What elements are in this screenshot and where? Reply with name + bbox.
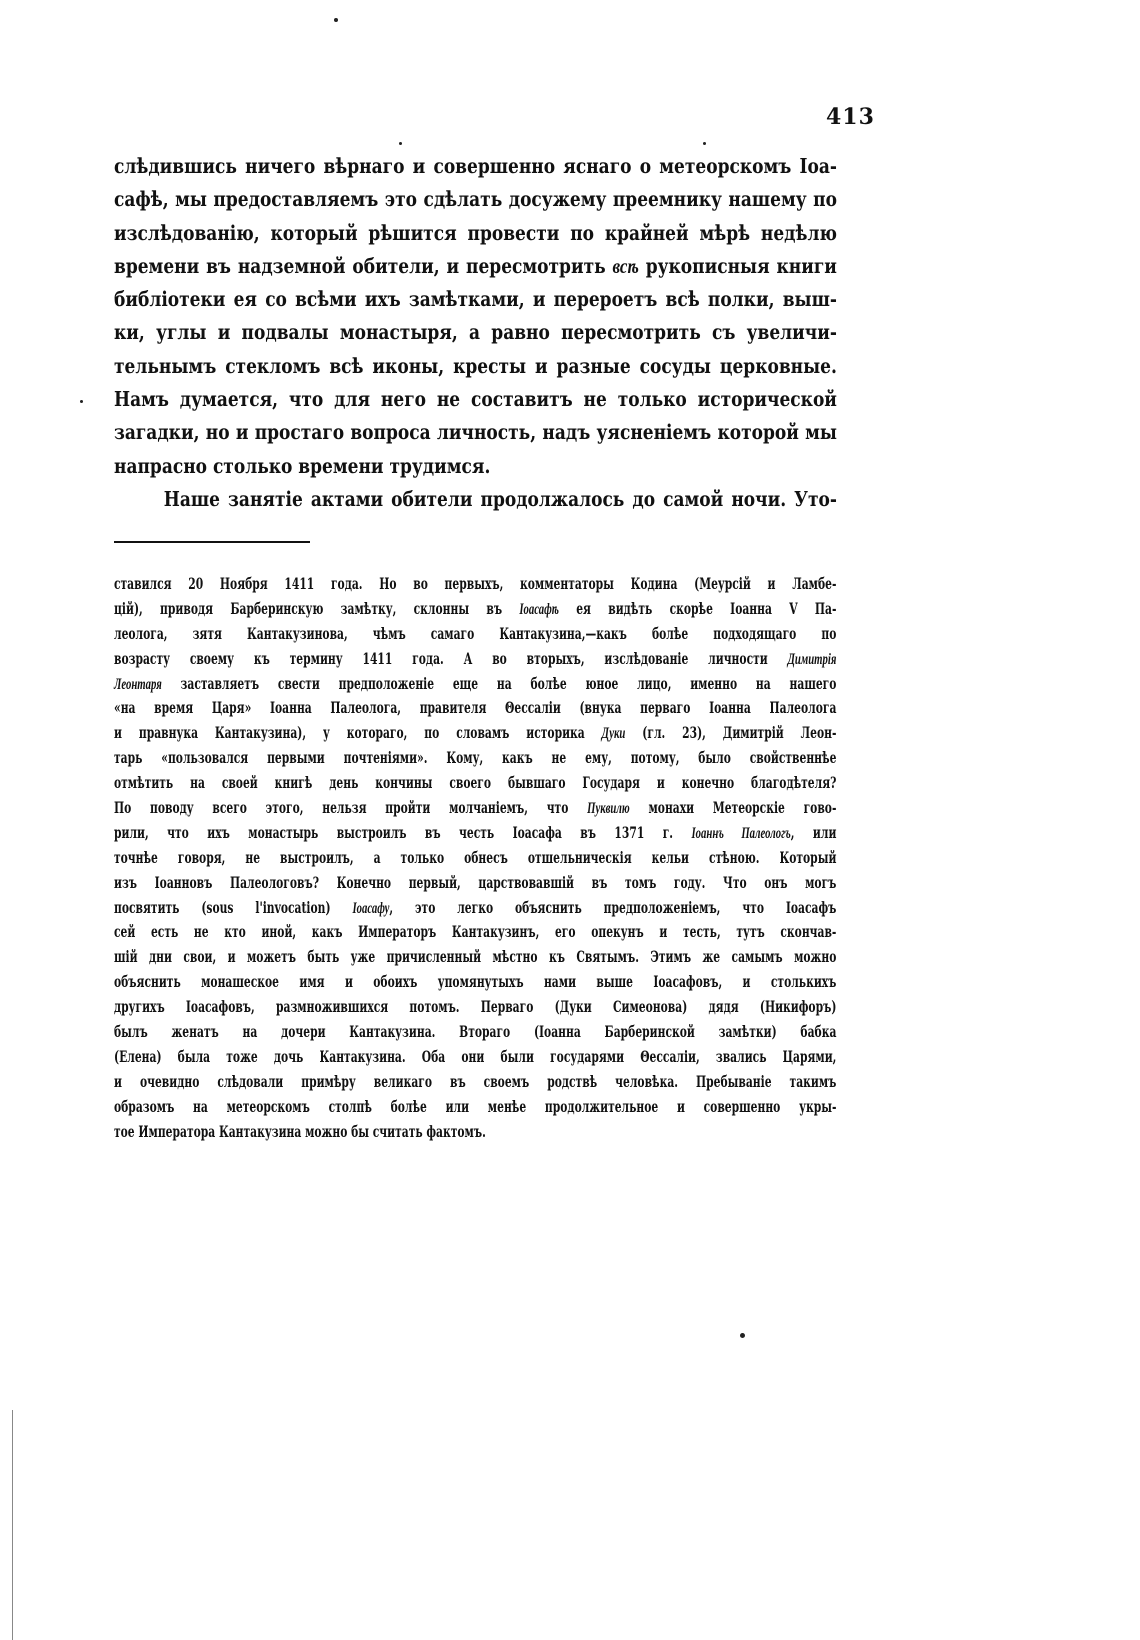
italic-name: Іоаннъ Палеологъ bbox=[691, 825, 790, 842]
text-segment: посвятить (sous l'invocation) bbox=[114, 898, 352, 917]
text-line: слѣдившись ничего вѣрнаго и совершенно я… bbox=[114, 150, 837, 183]
footnote-line: изъ Іоанновъ Палеологовъ? Конечно первый… bbox=[114, 871, 836, 896]
text-line: времени въ надземной обители, и пересмот… bbox=[114, 250, 837, 283]
main-body-text: слѣдившись ничего вѣрнаго и совершенно я… bbox=[114, 150, 837, 516]
footnote-line: «на время Царя» Іоанна Палеолога, правит… bbox=[114, 696, 836, 721]
italic-name: Іоасафу bbox=[352, 900, 389, 917]
scan-speck bbox=[334, 18, 338, 22]
paragraph-start-line: Наше занятіе актами обители продолжалось… bbox=[114, 483, 837, 516]
text-segment: и правнука Кантакузина), у котораго, по … bbox=[114, 723, 602, 742]
text-line: Намъ думается, что для него не составитъ… bbox=[114, 383, 837, 416]
footnote-line: По поводу всего этого, нельзя пройти мол… bbox=[114, 796, 836, 821]
text-segment: ея видѣть скорѣе Іоанна V Па- bbox=[559, 599, 836, 618]
italic-name: Пуквилю bbox=[587, 800, 630, 817]
text-line: библіотеки ея со всѣми ихъ замѣтками, и … bbox=[114, 283, 837, 316]
text-segment: монахи Метеорскіе гово- bbox=[630, 798, 837, 817]
footnote-line: шій дни свои, и можетъ быть уже причисле… bbox=[114, 945, 836, 970]
text-segment: , или bbox=[791, 823, 837, 842]
scan-speck bbox=[80, 400, 83, 403]
text-line: загадки, но и простаго вопроса личность,… bbox=[114, 416, 837, 449]
italic-name: Іоасафѣ bbox=[519, 601, 559, 618]
footnote-line: цій), приводя Барберинскую замѣтку, скло… bbox=[114, 597, 836, 622]
scan-speck bbox=[703, 142, 706, 145]
text-segment: По поводу всего этого, нельзя пройти мол… bbox=[114, 798, 587, 817]
footnote-line: (Елена) была тоже дочь Кантакузина. Оба … bbox=[114, 1045, 836, 1070]
footnote-line: сей есть не кто иной, какъ Императоръ Ка… bbox=[114, 920, 836, 945]
text-segment: цій), приводя Барберинскую замѣтку, скло… bbox=[114, 599, 519, 618]
footnote-line: Леонтаря заставляетъ свести предположені… bbox=[114, 672, 836, 697]
footnote-line: былъ женатъ на дочери Кантакузина. Втора… bbox=[114, 1020, 836, 1045]
text-segment: времени въ надземной обители, и пересмот… bbox=[114, 254, 613, 278]
footnote-line: другихъ Іоасафовъ, размножившихся потомъ… bbox=[114, 995, 836, 1020]
footnote-divider bbox=[114, 541, 310, 543]
italic-emphasis: всѣ bbox=[613, 256, 639, 278]
italic-name: Димитрія bbox=[788, 651, 837, 668]
footnote-line: отмѣтить на своей книгѣ день кончины сво… bbox=[114, 771, 836, 796]
text-segment: возрасту своему къ термину 1411 года. А … bbox=[114, 649, 788, 668]
text-segment: рукописныя книги bbox=[639, 254, 837, 278]
text-line: сафѣ, мы предоставляемъ это сдѣлать досу… bbox=[114, 183, 837, 216]
footnote-line: посвятить (sous l'invocation) Іоасафу, э… bbox=[114, 896, 836, 921]
footnote: ставился 20 Ноября 1411 года. Но во перв… bbox=[114, 572, 836, 1144]
text-line: напрасно столько времени трудимся. bbox=[114, 450, 837, 483]
text-line: ки, углы и подвалы монастыря, а равно пе… bbox=[114, 316, 837, 349]
text-segment: рили, что ихъ монастырь выстроилъ въ чес… bbox=[114, 823, 691, 842]
italic-name: Леонтаря bbox=[114, 676, 162, 693]
footnote-line: тарь «пользовался первыми почтеніями». К… bbox=[114, 746, 836, 771]
footnote-line: рили, что ихъ монастырь выстроилъ въ чес… bbox=[114, 821, 836, 846]
scan-speck bbox=[399, 142, 402, 145]
footnote-line: и правнука Кантакузина), у котораго, по … bbox=[114, 721, 836, 746]
footnote-line: возрасту своему къ термину 1411 года. А … bbox=[114, 647, 836, 672]
footnote-line: ставился 20 Ноября 1411 года. Но во перв… bbox=[114, 572, 836, 597]
footnote-line: и очевидно слѣдовали примѣру великаго въ… bbox=[114, 1070, 836, 1095]
text-segment: заставляетъ свести предположеніе еще на … bbox=[162, 674, 837, 693]
footnote-line: точнѣе говоря, не выстроилъ, а только об… bbox=[114, 846, 836, 871]
text-line: изслѣдованію, который рѣшится провести п… bbox=[114, 217, 837, 250]
page-number: 413 bbox=[826, 104, 875, 130]
scan-speck bbox=[740, 1333, 745, 1338]
footnote-line: леолога, зятя Кантакузинова, чѣмъ самаго… bbox=[114, 622, 836, 647]
scan-edge-line bbox=[12, 1410, 13, 1640]
text-segment: , это легко объяснить предположеніемъ, ч… bbox=[389, 898, 836, 917]
text-line: тельнымъ стекломъ всѣ иконы, кресты и ра… bbox=[114, 350, 837, 383]
footnote-line: объяснить монашеское имя и обоихъ упомян… bbox=[114, 970, 836, 995]
footnote-line: тое Императора Кантакузина можно бы счит… bbox=[114, 1120, 836, 1145]
text-segment: (гл. 23), Димитрій Леон- bbox=[625, 723, 836, 742]
footnote-line: образомъ на метеорскомъ столпѣ болѣе или… bbox=[114, 1095, 836, 1120]
italic-name: Дуки bbox=[602, 725, 626, 742]
